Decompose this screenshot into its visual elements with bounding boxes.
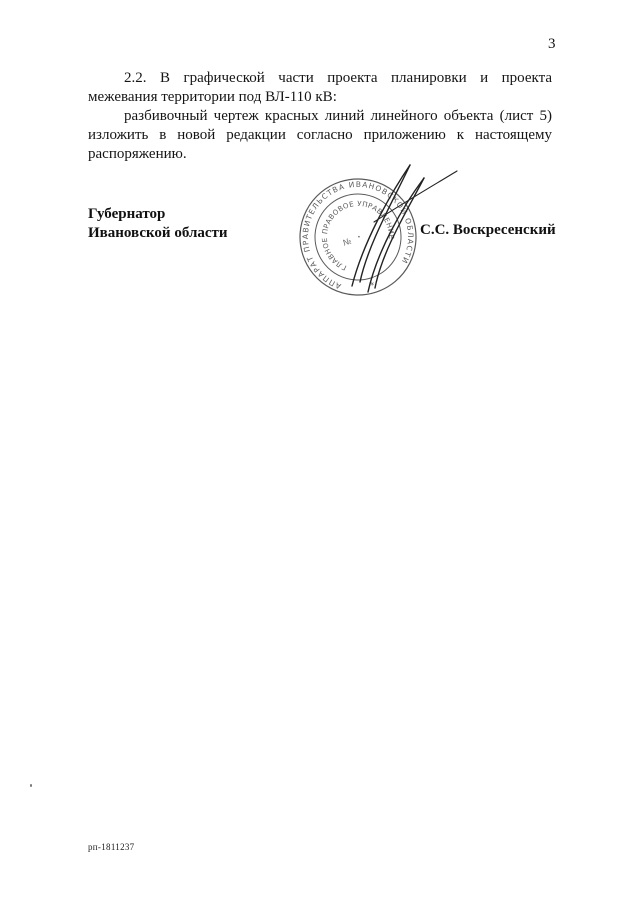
stamp-outer-ring-text: АППАРАТ ПРАВИТЕЛЬСТВА ИВАНОВСКОЙ ОБЛАСТИ	[286, 165, 426, 298]
stamp-and-signature: АППАРАТ ПРАВИТЕЛЬСТВА ИВАНОВСКОЙ ОБЛАСТИ…	[280, 148, 480, 308]
stamp-inner-ring-text: ГЛАВНОЕ ПРАВОВОЕ УПРАВЛЕНИЕ	[311, 190, 402, 276]
page-number: 3	[548, 36, 556, 53]
paragraph-line: 2.2. В графической части проекта планиро…	[88, 69, 552, 88]
document-footer-code: рп-1811237	[88, 842, 134, 852]
paragraph-line: изложить в новой редакции согласно прило…	[88, 126, 552, 145]
scan-artifact-dot	[30, 784, 32, 787]
signatory-title: Губернатор Ивановской области	[88, 205, 228, 243]
paragraph-line: межевания территории под ВЛ-110 кВ:	[88, 88, 552, 107]
signatory-title-line1: Губернатор	[88, 205, 228, 224]
document-page: 3 2.2. В графической части проекта плани…	[0, 0, 640, 905]
stamp-center-mark: №	[342, 236, 353, 247]
paragraph-line: разбивочный чертеж красных линий линейно…	[88, 107, 552, 126]
signatory-title-line2: Ивановской области	[88, 224, 228, 243]
round-stamp-icon: АППАРАТ ПРАВИТЕЛЬСТВА ИВАНОВСКОЙ ОБЛАСТИ…	[285, 164, 431, 308]
